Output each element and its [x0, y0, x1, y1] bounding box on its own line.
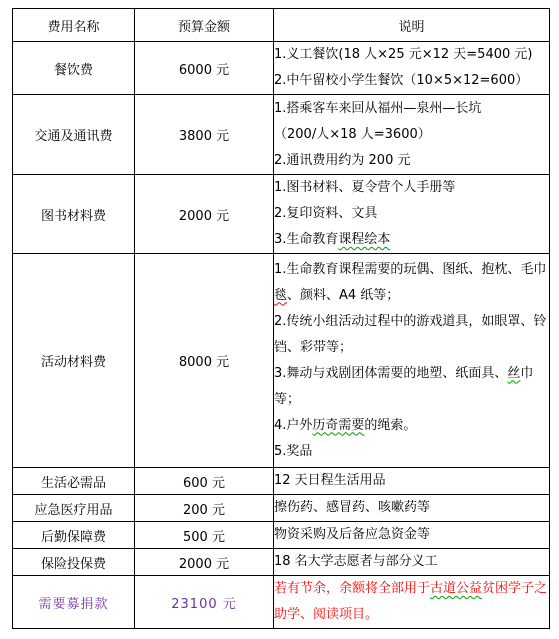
table-row: 应急医疗用品200 元擦伤药、感冒药、咳嗽药等: [13, 495, 550, 522]
budget-table: 费用名称预算金额说明 餐饮费6000 元1.义工餐饮(18 人×25 元×12 …: [12, 8, 550, 629]
description-line: 擦伤药、感冒药、咳嗽药等: [274, 495, 549, 521]
budget-amount-cell: 6000 元: [135, 42, 274, 95]
description-line: 3.生命教育课程绘本: [274, 227, 549, 253]
description-line: 2.传统小组活动过程中的游戏道具，如眼罩、铃铛、彩带等；: [274, 309, 549, 361]
text-segment: （200/人×18 人=3600）: [274, 127, 431, 142]
description-line: 2.通讯费用约为 200 元: [274, 148, 549, 174]
description-line: 1.生命教育课程需要的玩偶、图纸、抱枕、毛巾毯、颜料、A4 纸等；: [274, 257, 549, 309]
expense-name-cell: 生活必需品: [13, 468, 135, 495]
budget-amount-cell: 500 元: [135, 522, 274, 549]
text-segment: 1.搭乘客车来回从福州—泉州—长坑: [274, 101, 481, 116]
budget-amount-cell: 8000 元: [135, 254, 274, 468]
table-row: 图书材料费2000 元1.图书材料、夏令营个人手册等2.复印资料、文具3.生命教…: [13, 175, 550, 254]
description-line: 1.义工餐饮(18 人×25 元×12 天=5400 元): [274, 42, 549, 68]
description-cell: 1.搭乘客车来回从福州—泉州—长坑（200/人×18 人=3600）2.通讯费用…: [274, 95, 550, 175]
description-cell: 1.义工餐饮(18 人×25 元×12 天=5400 元)2.中午留校小学生餐饮…: [274, 42, 550, 95]
table-row: 餐饮费6000 元1.义工餐饮(18 人×25 元×12 天=5400 元)2.…: [13, 42, 550, 95]
text-segment: 2.通讯费用约为 200 元: [274, 153, 410, 168]
table-header-row: 费用名称预算金额说明: [13, 9, 550, 42]
text-segment: 2.中午留校小学生餐饮（10×5×12=600）: [274, 73, 528, 88]
table-row: 需要募捐款23100 元若有节余，余额将全部用于古道公益贫困学子之助学、阅读项目…: [13, 576, 550, 629]
description-line: 若有节余，余额将全部用于古道公益贫困学子之助学、阅读项目。: [274, 576, 549, 628]
text-segment: 、颜料、A4 纸等；: [287, 288, 399, 303]
text-segment: 擦伤药、感冒药、咳嗽药等: [274, 500, 430, 515]
table-row: 后勤保障费500 元物资采购及后备应急资金等: [13, 522, 550, 549]
expense-name-cell: 后勤保障费: [13, 522, 135, 549]
description-line: 物资采购及后备应急资金等: [274, 522, 549, 548]
table-row: 保险投保费2000 元18 名大学志愿者与部分义工: [13, 549, 550, 576]
description-line: 2.复印资料、文具: [274, 201, 549, 227]
table-row: 生活必需品600 元12 天日程生活用品: [13, 468, 550, 495]
text-segment: 1.生命教育课程需要的玩偶、图纸、抱枕、毛巾: [274, 262, 546, 277]
description-cell: 18 名大学志愿者与部分义工: [274, 549, 550, 576]
expense-name-cell: 图书材料费: [13, 175, 135, 254]
text-segment: 3.舞动与戏剧团体需要的地塑、纸面具、: [274, 366, 507, 381]
expense-name-cell: 活动材料费: [13, 254, 135, 468]
description-line: 5.奖品: [274, 439, 549, 465]
expense-name-cell: 保险投保费: [13, 549, 135, 576]
text-segment: 若有节余，余额将全部用于: [274, 581, 430, 596]
text-segment: 18 名大学志愿者与部分义工: [274, 554, 438, 569]
text-segment: 课程绘本: [338, 232, 390, 247]
column-header: 预算金额: [135, 9, 274, 42]
text-segment: 1.图书材料、夏令营个人手册等: [274, 180, 455, 195]
text-segment: 2.传统小组活动过程中的游戏道具，如眼罩、铃铛、彩带等；: [274, 314, 546, 355]
text-segment: 丝: [507, 366, 520, 381]
text-segment: 的绳索。: [364, 418, 416, 433]
expense-name-cell: 应急医疗用品: [13, 495, 135, 522]
description-line: 1.图书材料、夏令营个人手册等: [274, 175, 549, 201]
text-segment: 1.义工餐饮(18 人×25 元×12 天=5400 元): [274, 47, 532, 62]
text-segment: 4.户外: [274, 418, 312, 433]
budget-document: 费用名称预算金额说明 餐饮费6000 元1.义工餐饮(18 人×25 元×12 …: [0, 0, 559, 639]
table-body: 餐饮费6000 元1.义工餐饮(18 人×25 元×12 天=5400 元)2.…: [13, 42, 550, 629]
description-line: 1.搭乘客车来回从福州—泉州—长坑: [274, 96, 549, 122]
budget-amount-cell: 200 元: [135, 495, 274, 522]
text-segment: 古道公益: [430, 581, 482, 596]
table-row: 费用名称预算金额说明: [13, 9, 550, 42]
text-segment: 3.生命教育: [274, 232, 338, 247]
column-header: 费用名称: [13, 9, 135, 42]
description-cell: 12 天日程生活用品: [274, 468, 550, 495]
text-segment: 12 天日程生活用品: [274, 473, 386, 488]
description-cell: 1.生命教育课程需要的玩偶、图纸、抱枕、毛巾毯、颜料、A4 纸等；2.传统小组活…: [274, 254, 550, 468]
expense-name-cell: 餐饮费: [13, 42, 135, 95]
text-segment: 2.复印资料、文具: [274, 206, 377, 221]
budget-amount-cell: 2000 元: [135, 549, 274, 576]
description-line: 2.中午留校小学生餐饮（10×5×12=600）: [274, 68, 549, 94]
description-line: 18 名大学志愿者与部分义工: [274, 549, 549, 575]
text-segment: 5.奖品: [274, 444, 312, 459]
description-cell: 擦伤药、感冒药、咳嗽药等: [274, 495, 550, 522]
text-segment: 物资采购及后备应急资金等: [274, 527, 430, 542]
description-line: 3.舞动与戏剧团体需要的地塑、纸面具、丝巾等；: [274, 361, 549, 413]
expense-name-cell: 需要募捐款: [13, 576, 135, 629]
description-cell: 物资采购及后备应急资金等: [274, 522, 550, 549]
description-line: 4.户外历奇需要的绳索。: [274, 413, 549, 439]
description-line: 12 天日程生活用品: [274, 468, 549, 494]
budget-amount-cell: 3800 元: [135, 95, 274, 175]
budget-amount-cell: 600 元: [135, 468, 274, 495]
expense-name-cell: 交通及通讯费: [13, 95, 135, 175]
column-header: 说明: [274, 9, 550, 42]
table-row: 交通及通讯费3800 元1.搭乘客车来回从福州—泉州—长坑（200/人×18 人…: [13, 95, 550, 175]
description-cell: 若有节余，余额将全部用于古道公益贫困学子之助学、阅读项目。: [274, 576, 550, 629]
budget-amount-cell: 2000 元: [135, 175, 274, 254]
text-segment: 历奇需要: [312, 418, 364, 433]
description-cell: 1.图书材料、夏令营个人手册等2.复印资料、文具3.生命教育课程绘本: [274, 175, 550, 254]
budget-amount-cell: 23100 元: [135, 576, 274, 629]
table-row: 活动材料费8000 元1.生命教育课程需要的玩偶、图纸、抱枕、毛巾毯、颜料、A4…: [13, 254, 550, 468]
text-segment: 毯: [274, 288, 287, 303]
description-line: （200/人×18 人=3600）: [274, 122, 549, 148]
